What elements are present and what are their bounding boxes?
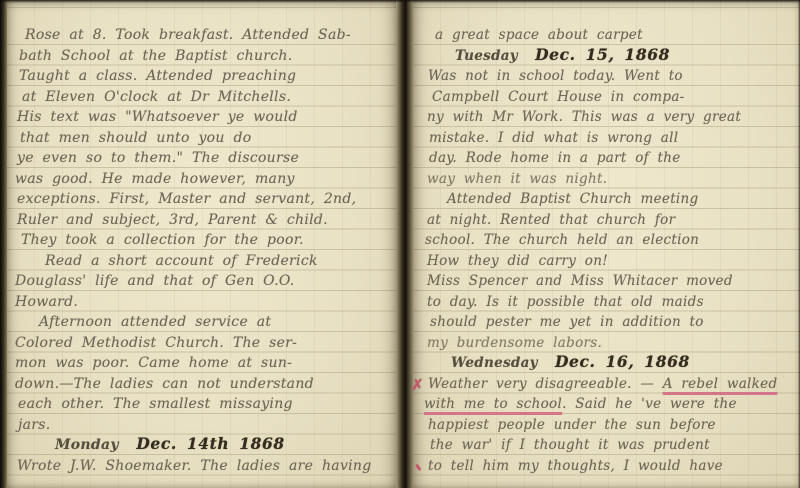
- handwritten-line: ny with Mr Work. This was a very great: [427, 108, 741, 128]
- handwritten-line: mon was poor. Came home at sun-: [15, 354, 292, 374]
- handwritten-line: Attended Baptist Church meeting: [447, 190, 699, 210]
- handwritten-line: each other. The smallest missaying: [18, 395, 293, 415]
- line-text: . Said he 've were the: [562, 396, 737, 412]
- date-header-date: Dec. 14th 1868: [136, 434, 284, 453]
- date-header-day: Wednesday: [451, 355, 538, 371]
- diary-page-right: a great space about carpet Tuesday Dec. …: [413, 0, 800, 488]
- handwritten-line: Douglass' life and that of Gen O.O.: [15, 272, 295, 292]
- red-underlined-text: A rebel walked: [663, 376, 778, 392]
- handwritten-line: Read a short account of Frederick: [45, 252, 318, 272]
- handwritten-line: at Eleven O'clock at Dr Mitchells.: [22, 88, 291, 108]
- handwritten-line: mistake. I did what is wrong all: [429, 129, 678, 149]
- handwritten-line: day. Rode home in a part of the: [429, 149, 681, 169]
- handwritten-line-annotated: with me to school. Said he 've were the: [424, 395, 737, 415]
- handwritten-line: exceptions. First, Master and servant, 2…: [17, 190, 356, 210]
- handwritten-line: Afternoon attended service at: [39, 313, 271, 333]
- handwritten-line: Miss Spencer and Miss Whitacer moved: [427, 272, 733, 292]
- handwritten-line: Colored Methodist Church. The ser-: [15, 334, 297, 354]
- line-text: to tell him my thoughts, I would have: [428, 458, 723, 474]
- handwritten-line: jars.: [18, 416, 51, 436]
- handwritten-line: ye even so to them." The discourse: [17, 149, 299, 169]
- date-header-date: Dec. 15, 1868: [535, 45, 670, 64]
- handwritten-line: at night. Rented that church for: [427, 211, 675, 231]
- handwritten-line: my burdensome labors.: [427, 334, 602, 354]
- handwritten-line: should pester me yet in addition to: [430, 313, 704, 333]
- handwritten-line: Was not in school today. Went to: [428, 67, 683, 87]
- diary-page-left: Rose at 8. Took breakfast. Attended Sab-…: [7, 0, 396, 488]
- date-header-monday: Monday Dec. 14th 1868: [55, 434, 285, 454]
- handwritten-line: happiest people under the sun before: [428, 416, 716, 436]
- red-underlined-text: with me to school: [424, 396, 562, 412]
- book-spine-edge: [0, 0, 7, 488]
- handwritten-line: Howard.: [15, 293, 78, 313]
- date-header-tuesday: Tuesday Dec. 15, 1868: [455, 45, 670, 65]
- handwritten-line-annotated: ✗ Weather very disagreeable. — A rebel w…: [428, 375, 777, 395]
- date-header-day: Tuesday: [455, 48, 518, 64]
- handwritten-line: Ruler and subject, 3rd, Parent & child.: [17, 211, 328, 231]
- handwritten-line: that men should unto you do: [20, 129, 251, 149]
- scan-edge-top: [0, 0, 800, 3]
- date-header-wednesday: Wednesday Dec. 16, 1868: [451, 352, 690, 372]
- date-header-date: Dec. 16, 1868: [555, 352, 690, 371]
- handwritten-line: Campbell Court House in compa-: [432, 88, 685, 108]
- handwritten-line: to day. Is it possible that old maids: [427, 293, 704, 313]
- line-text: Weather very disagreeable. —: [428, 376, 663, 392]
- handwritten-line: school. The church held an election: [425, 231, 699, 251]
- handwritten-line: down.—The ladies can not understand: [15, 375, 314, 395]
- handwritten-line: Rose at 8. Took breakfast. Attended Sab-: [25, 26, 351, 46]
- handwritten-line: the war' if I thought it was prudent: [430, 436, 710, 456]
- handwritten-line: Wrote J.W. Shoemaker. The ladies are hav…: [17, 457, 372, 477]
- handwritten-line: Taught a class. Attended preaching: [19, 67, 296, 87]
- diary-scan: Rose at 8. Took breakfast. Attended Sab-…: [0, 0, 800, 488]
- handwritten-line-with-margin-tick: to tell him my thoughts, I would have: [428, 457, 723, 477]
- handwritten-line: way when it was night.: [427, 170, 607, 190]
- handwritten-line: His text was "Whatsoever ye would: [17, 108, 298, 128]
- red-margin-tick: [415, 463, 421, 470]
- handwritten-line: bath School at the Baptist church.: [19, 47, 292, 67]
- handwritten-line: How they did carry on!: [427, 252, 608, 272]
- date-header-day: Monday: [55, 437, 119, 453]
- handwritten-line: a great space about carpet: [435, 26, 643, 46]
- book-gutter: [396, 0, 413, 488]
- handwritten-line: They took a collection for the poor.: [21, 231, 304, 251]
- handwritten-line: was good. He made however, many: [15, 170, 295, 190]
